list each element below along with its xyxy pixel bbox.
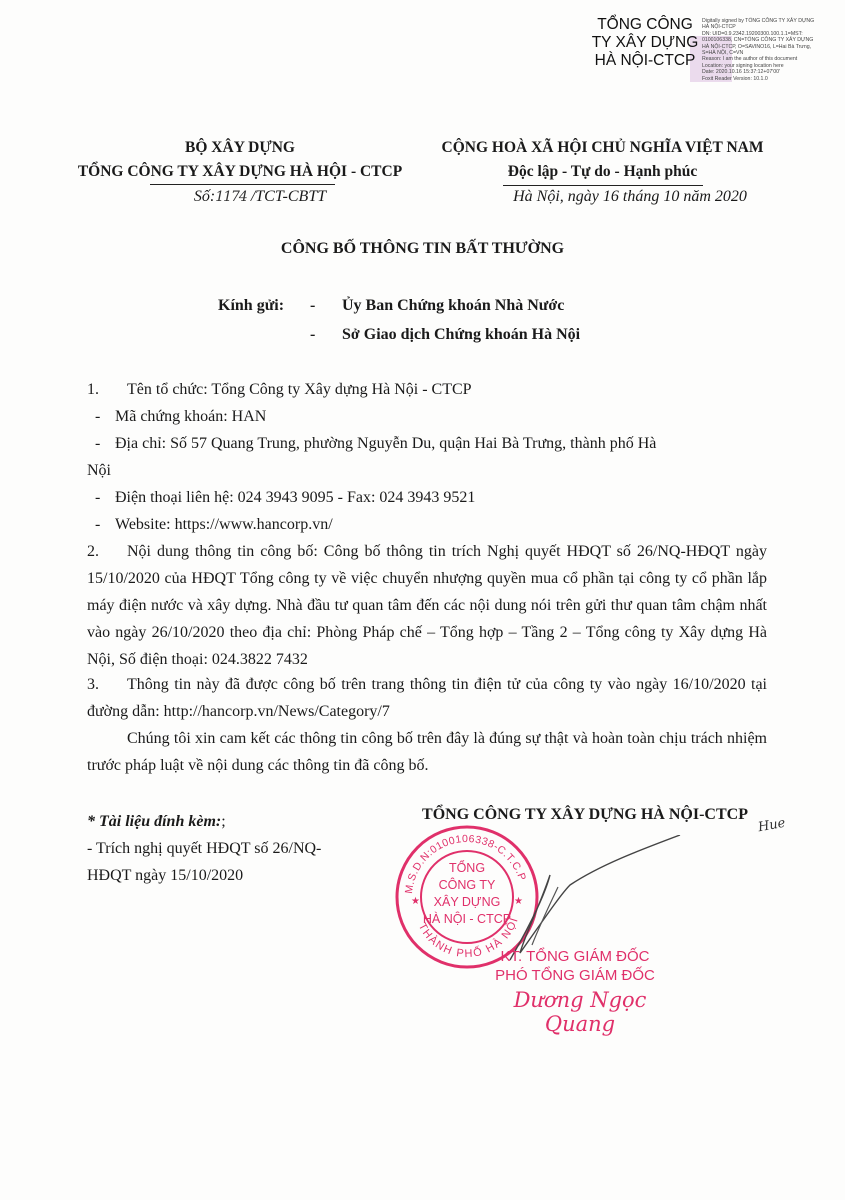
commitment-statement: Chúng tôi xin cam kết các thông tin công… [87, 725, 767, 779]
attachments-label: * Tài liệu đính kèm: [87, 813, 221, 830]
header-right-underline [503, 185, 703, 186]
digital-signature-name[interactable]: TỔNG CÔNG TY XÂY DỰNG HÀ NỘI-CTCP [590, 16, 700, 70]
attachments: * Tài liệu đính kèm:; - Trích nghị quyết… [87, 808, 387, 889]
attachment-item: - Trích nghị quyết HĐQT số 26/NQ- [87, 835, 387, 862]
stock-code: -Mã chứng khoán: HAN [87, 403, 767, 430]
recipient-item: -Ủy Ban Chứng khoán Nhà Nước [310, 297, 564, 315]
digital-signature-details: Digitally signed by TỔNG CÔNG TY XÂY DỰN… [702, 18, 842, 82]
signer-role: KT. TỔNG GIÁM ĐỐC PHÓ TỔNG GIÁM ĐỐC [485, 947, 665, 985]
phone-fax: -Điện thoại liên hệ: 024 3943 9095 - Fax… [87, 484, 767, 511]
company-name: TỔNG CÔNG TY XÂY DỰNG HÀ HỘI - CTCP [60, 160, 420, 184]
recipient-item: -Sở Giao dịch Chứng khoán Hà Nội [310, 326, 580, 344]
section-3: 3.Thông tin này đã được công bố trên tra… [87, 671, 767, 725]
section-1: 1.Tên tổ chức: Tổng Công ty Xây dựng Hà … [87, 376, 767, 538]
section-2: 2.Nội dung thông tin công bố: Công bố th… [87, 538, 767, 673]
recipients-label: Kính gửi: [218, 297, 284, 315]
signer-name: Dương Ngọc Quang [480, 988, 680, 1036]
handwritten-number: 1174 [215, 189, 247, 205]
place-date: Hà Nội, ngày 16 tháng 10 năm 2020 [480, 188, 780, 206]
document-number: Số:1174 /TCT-CBTT [150, 188, 370, 206]
address-wrap: Nội [87, 457, 767, 484]
ministry-name: BỘ XÂY DỰNG [60, 136, 420, 160]
website: -Website: https://www.hancorp.vn/ [87, 511, 767, 538]
national-header: CỘNG HOÀ XÃ HỘI CHỦ NGHĨA VIỆT NAM Độc l… [425, 136, 780, 184]
national-motto: Độc lập - Tự do - Hạnh phúc [425, 160, 780, 184]
handwritten-initial: Hue [757, 816, 787, 836]
header-left-underline [150, 184, 335, 185]
organization-name: 1.Tên tổ chức: Tổng Công ty Xây dựng Hà … [87, 376, 767, 403]
svg-text:★: ★ [411, 896, 420, 907]
document-title: CÔNG BỐ THÔNG TIN BẤT THƯỜNG [0, 240, 845, 258]
country-name: CỘNG HOÀ XÃ HỘI CHỦ NGHĨA VIỆT NAM [425, 136, 780, 160]
address: -Địa chỉ: Số 57 Quang Trung, phường Nguy… [87, 430, 767, 457]
issuer-header: BỘ XÂY DỰNG TỔNG CÔNG TY XÂY DỰNG HÀ HỘI… [60, 136, 420, 184]
attachment-item: HĐQT ngày 15/10/2020 [87, 862, 387, 889]
